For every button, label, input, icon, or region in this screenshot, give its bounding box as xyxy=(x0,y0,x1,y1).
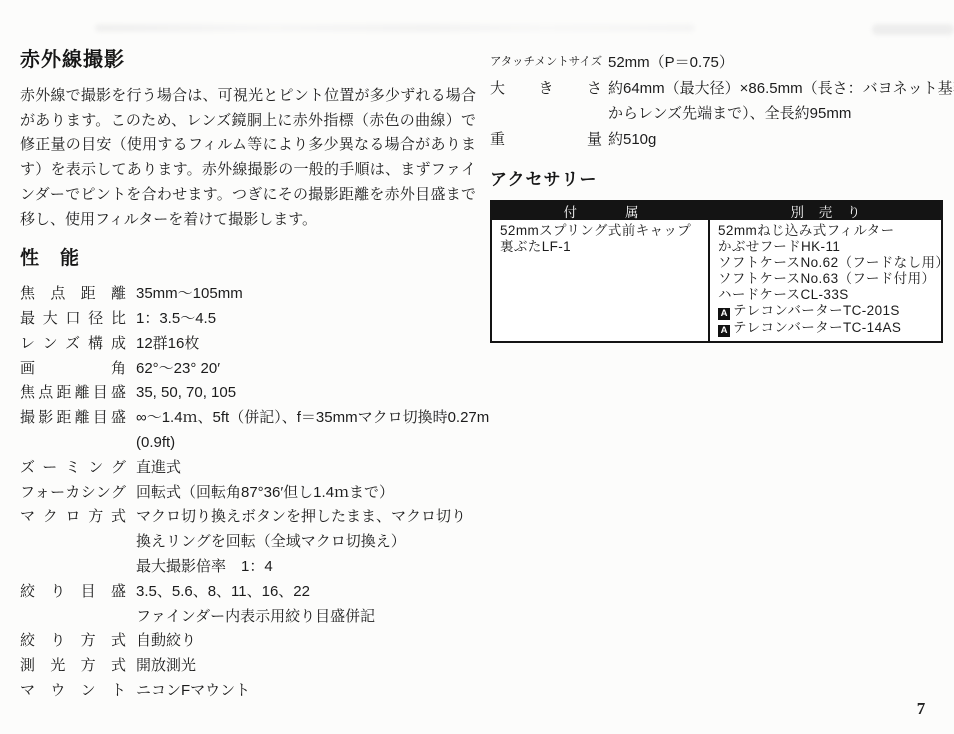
spec-value: ∞～1.4ｍ、5ft（併記）、f＝35mmマクロ切換時0.27m xyxy=(136,406,489,431)
performance-section-heading: 性 能 xyxy=(20,246,476,272)
spec-value: からレンズ先端まで）、全長約95mm xyxy=(608,101,954,127)
spec-label: 大きさ xyxy=(490,76,602,102)
infrared-paragraph: 赤外線で撮影を行う場合は、可視光とピント位置が多少ずれる場合 があります。このた… xyxy=(20,84,476,232)
spec-row-mount: マウント ニコンFマウント xyxy=(20,679,476,704)
spec-value: 1：3.5～4.5 xyxy=(136,307,476,332)
spec-value: マクロ切り換えボタンを押したまま、マクロ切り xyxy=(136,505,476,530)
spec-row-attachment-size: アタッチメントサイズ 52mm（P＝0.75） xyxy=(490,50,945,76)
list-item: AテレコンバーターTC-201S xyxy=(718,303,949,320)
spec-row-metering: 測光方式 開放測光 xyxy=(20,654,476,679)
spec-label: アタッチメントサイズ xyxy=(490,50,602,76)
spec-value: 35, 50, 70, 105 xyxy=(136,381,476,406)
column-header-included: 付属 xyxy=(492,202,710,220)
accessories-section-heading: アクセサリー xyxy=(490,168,945,192)
column-header-optional: 別売り xyxy=(710,202,941,220)
spec-value: 約64mm（最大径）×86.5mm（長さ：バヨネット基準面 xyxy=(608,76,954,102)
spec-value: 12群16枚 xyxy=(136,332,476,357)
spec-value: 3.5、5.6、8、11、16、22 xyxy=(136,580,476,605)
list-item: ソフトケースNo.62（フードなし用） xyxy=(718,255,949,271)
spec-value: 自動絞り xyxy=(136,629,476,654)
dimension-spec-list: アタッチメントサイズ 52mm（P＝0.75） 大きさ 約64mm（最大径）×8… xyxy=(490,50,945,152)
list-item: 52mmねじ込み式フィルター xyxy=(718,223,949,239)
spec-value: 52mm（P＝0.75） xyxy=(608,50,945,76)
spec-label: フォーカシング xyxy=(20,481,126,506)
spec-label: ズーミング xyxy=(20,456,126,481)
spec-row-diaphragm: 絞り方式 自動絞り xyxy=(20,629,476,654)
spec-value: 35mm～105mm xyxy=(136,282,476,307)
paragraph-line: す）を表示してあります。赤外線撮影の一般的手順は、まずファイ xyxy=(20,158,476,183)
list-item: ソフトケースNo.63（フード付用） xyxy=(718,271,949,287)
scan-smudge-top xyxy=(95,24,695,32)
paragraph-line: 移し、使用フィルターを着けて撮影します。 xyxy=(20,208,476,233)
performance-spec-list: 焦点距離 35mm～105mm 最大口径比 1：3.5～4.5 レンズ構成 12… xyxy=(20,282,476,704)
optional-accessories-cell: 52mmねじ込み式フィルター かぶせフードHK-11 ソフトケースNo.62（フ… xyxy=(710,220,954,341)
spec-label: 焦点距離 xyxy=(20,282,126,307)
scan-smudge-top-right xyxy=(872,24,954,35)
spec-label: 絞り方式 xyxy=(20,629,126,654)
spec-value: (0.9ft) xyxy=(136,431,489,456)
spec-row-macro: マクロ方式 マクロ切り換えボタンを押したまま、マクロ切り 換えリングを回転（全域… xyxy=(20,505,476,579)
accessories-table: 付属 別売り 52mmスプリング式前キャップ 裏ぶたLF-1 52mmねじ込み式… xyxy=(490,200,943,343)
spec-value: 直進式 xyxy=(136,456,476,481)
list-item: 裏ぶたLF-1 xyxy=(500,239,700,255)
spec-value: ファインダー内表示用絞り目盛併記 xyxy=(136,605,476,630)
paragraph-line: 赤外線で撮影を行う場合は、可視光とピント位置が多少ずれる場合 xyxy=(20,84,476,109)
spec-label: 最大口径比 xyxy=(20,307,126,332)
spec-row-distance-scale: 撮影距離目盛 ∞～1.4ｍ、5ft（併記）、f＝35mmマクロ切換時0.27m … xyxy=(20,406,476,456)
paragraph-line: 修正量の目安（使用するフィルム等により多少異なる場合がありま xyxy=(20,133,476,158)
paragraph-line: ンダーでピントを合わせます。つぎにその撮影距離を赤外目盛まで xyxy=(20,183,476,208)
spec-value: 最大撮影倍率 1：4 xyxy=(136,555,476,580)
spec-value: 開放測光 xyxy=(136,654,476,679)
list-item: かぶせフードHK-11 xyxy=(718,239,949,255)
spec-row-size: 大きさ 約64mm（最大径）×86.5mm（長さ：バヨネット基準面 からレンズ先… xyxy=(490,76,945,127)
spec-label: マクロ方式 xyxy=(20,505,126,530)
spec-row-weight: 重量 約510g xyxy=(490,127,945,153)
left-column: 赤外線撮影 赤外線で撮影を行う場合は、可視光とピント位置が多少ずれる場合 があり… xyxy=(20,46,476,704)
spec-row-lens-construction: レンズ構成 12群16枚 xyxy=(20,332,476,357)
list-item: ハードケースCL-33S xyxy=(718,287,949,303)
infrared-section-heading: 赤外線撮影 xyxy=(20,46,476,74)
ai-compatible-icon: A xyxy=(718,325,730,337)
list-item-label: テレコンバーターTC-14AS xyxy=(733,320,901,335)
page-number: 7 xyxy=(906,699,936,719)
spec-row-angle-of-view: 画角 62°～23° 20′ xyxy=(20,357,476,382)
spec-value: 62°～23° 20′ xyxy=(136,357,476,382)
list-item: 52mmスプリング式前キャップ xyxy=(500,223,700,239)
spec-label: 画角 xyxy=(20,357,126,382)
accessories-table-body: 52mmスプリング式前キャップ 裏ぶたLF-1 52mmねじ込み式フィルター か… xyxy=(492,220,941,341)
included-accessories-cell: 52mmスプリング式前キャップ 裏ぶたLF-1 xyxy=(492,220,710,341)
spec-label: 測光方式 xyxy=(20,654,126,679)
ai-compatible-icon: A xyxy=(718,308,730,320)
accessories-table-header: 付属 別売り xyxy=(492,202,941,220)
spec-label: 焦点距離目盛 xyxy=(20,381,126,406)
spec-label: 絞り目盛 xyxy=(20,580,126,605)
column-header-label: 別売り xyxy=(791,201,861,221)
spec-row-zooming: ズーミング 直進式 xyxy=(20,456,476,481)
spec-row-focusing: フォーカシング 回転式（回転角87°36′但し1.4ｍまで） xyxy=(20,481,476,506)
spec-value: 回転式（回転角87°36′但し1.4ｍまで） xyxy=(136,481,476,506)
spec-label: 撮影距離目盛 xyxy=(20,406,126,431)
right-column: アタッチメントサイズ 52mm（P＝0.75） 大きさ 約64mm（最大径）×8… xyxy=(490,50,945,343)
spec-value: 換えリングを回転（全域マクロ切換え） xyxy=(136,530,476,555)
spec-row-focal-length: 焦点距離 35mm～105mm xyxy=(20,282,476,307)
spec-label: 重量 xyxy=(490,127,602,153)
spec-row-max-aperture: 最大口径比 1：3.5～4.5 xyxy=(20,307,476,332)
spec-label: レンズ構成 xyxy=(20,332,126,357)
spec-value: ニコンFマウント xyxy=(136,679,476,704)
column-header-label: 付属 xyxy=(564,201,639,221)
spec-value: 約510g xyxy=(608,127,945,153)
spec-label: マウント xyxy=(20,679,126,704)
paragraph-line: があります。このため、レンズ鏡胴上に赤外指標（赤色の曲線）で xyxy=(20,109,476,134)
spec-row-aperture-scale: 絞り目盛 3.5、5.6、8、11、16、22 ファインダー内表示用絞り目盛併記 xyxy=(20,580,476,630)
spec-row-focal-scale: 焦点距離目盛 35, 50, 70, 105 xyxy=(20,381,476,406)
list-item-label: テレコンバーターTC-201S xyxy=(733,303,900,318)
list-item: AテレコンバーターTC-14AS xyxy=(718,320,949,337)
